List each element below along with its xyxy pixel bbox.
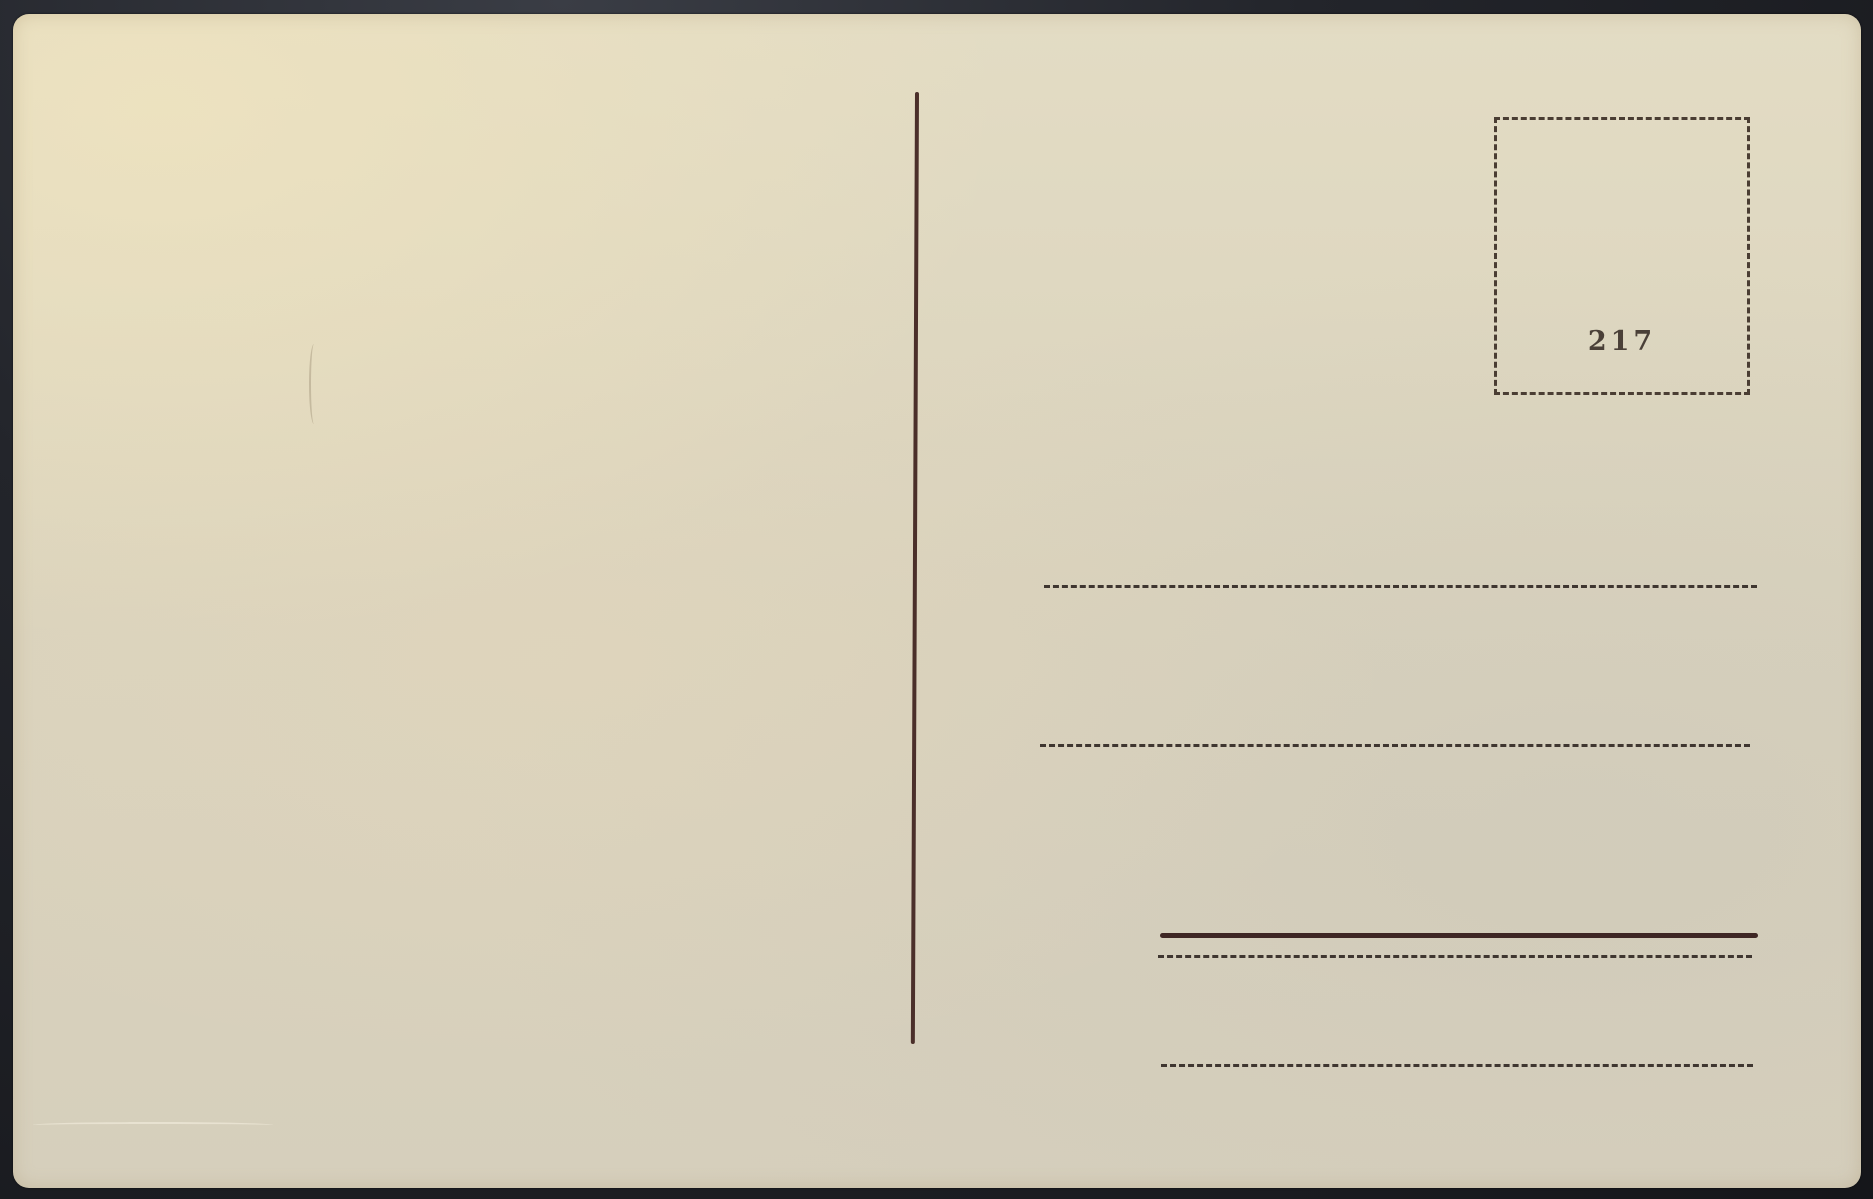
address-line-3-solid — [1160, 933, 1758, 938]
stamp-placeholder-box: 217 — [1494, 117, 1750, 395]
address-line-4 — [1158, 955, 1752, 958]
address-line-1 — [1044, 585, 1757, 588]
paper-crease — [33, 1122, 273, 1128]
address-line-2 — [1040, 744, 1750, 747]
vertical-divider-line — [911, 92, 919, 1044]
address-line-5 — [1161, 1064, 1753, 1067]
postcard-back: 217 — [13, 14, 1861, 1188]
card-number: 217 — [1497, 326, 1747, 357]
paper-crease — [309, 344, 319, 424]
